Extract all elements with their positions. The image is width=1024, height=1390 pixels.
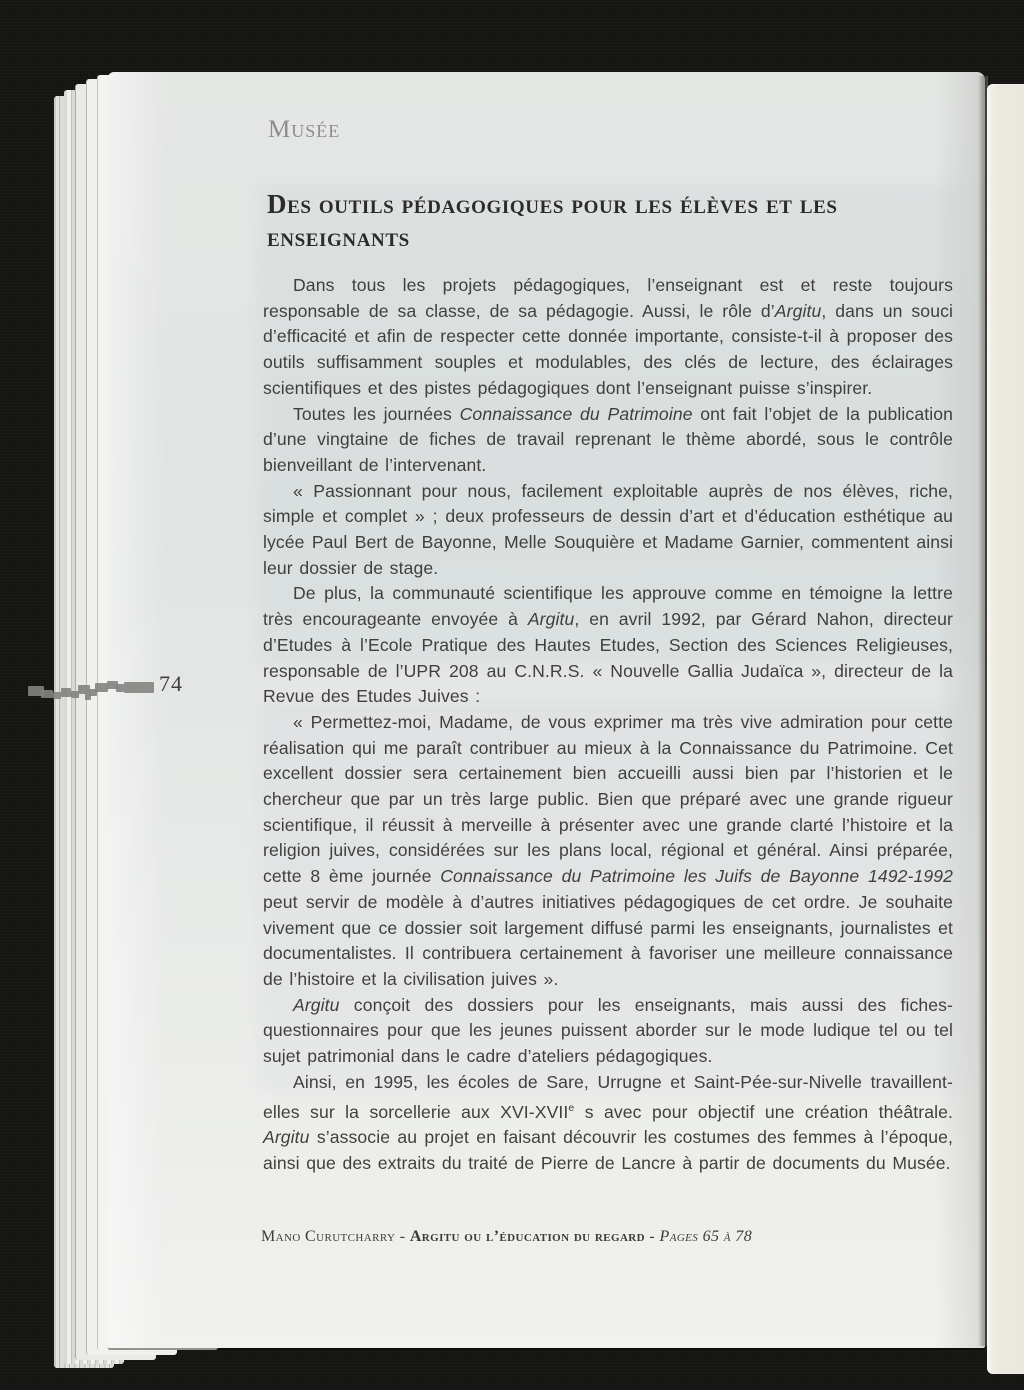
text-run: Argitu: [775, 301, 822, 321]
text-run: Pages 65 à 78: [660, 1228, 753, 1245]
text-run: Connaissance du Patrimoine: [460, 404, 693, 424]
facing-page-edge: [987, 84, 1024, 1374]
running-head: Musée: [268, 116, 340, 144]
book-page: Musée Des outils pédagogiques pour les é…: [108, 72, 985, 1348]
text-run: « Permettez-moi, Madame, de vous exprime…: [263, 712, 953, 886]
tab-edge-mark: [85, 694, 91, 700]
tab-edge-mark: [53, 692, 61, 699]
page-number-tab: 74: [28, 670, 188, 704]
paragraph: Ainsi, en 1995, les écoles de Sare, Urru…: [263, 1070, 953, 1177]
text-run: conçoit des dossiers pour les enseignant…: [263, 995, 953, 1066]
paragraph: « Permettez-moi, Madame, de vous exprime…: [263, 710, 953, 993]
text-run: Connaissance du Patrimoine les Juifs de …: [440, 866, 953, 886]
text-run: s avec pour objectif une création théâtr…: [574, 1101, 953, 1121]
page-footer: Mano Curutcharry - Argitu ou l’éducation…: [261, 1228, 961, 1246]
scanned-book-spread: Musée Des outils pédagogiques pour les é…: [0, 0, 1024, 1390]
tab-bar-mark: [124, 682, 154, 693]
text-run: Mano Curutcharry -: [261, 1228, 410, 1245]
text-run: peut servir de modèle à d’autres initiat…: [263, 892, 953, 989]
text-run: Argitu: [528, 609, 575, 629]
paragraph: « Passionnant pour nous, facilement expl…: [263, 479, 953, 582]
paragraph: Toutes les journées Connaissance du Patr…: [263, 402, 953, 479]
text-run: Toutes les journées: [293, 404, 460, 424]
page-number: 74: [159, 671, 183, 697]
text-run: Argitu: [293, 995, 340, 1015]
tab-edge-mark: [61, 688, 71, 697]
paragraph: De plus, la communauté scientifique les …: [263, 581, 953, 710]
text-run: « Passionnant pour nous, facilement expl…: [263, 481, 953, 578]
paragraph: Dans tous les projets pédagogiques, l’en…: [263, 273, 953, 402]
text-run: -: [645, 1228, 660, 1245]
paragraph: Argitu conçoit des dossiers pour les ens…: [263, 993, 953, 1070]
article-body: Dans tous les projets pédagogiques, l’en…: [263, 273, 953, 1176]
text-run: Argitu ou l’éducation du regard: [410, 1228, 645, 1245]
tab-edge-mark: [116, 684, 124, 692]
text-run: Argitu: [263, 1127, 310, 1147]
article-title: Des outils pédagogiques pour les élèves …: [267, 188, 967, 254]
text-run: s’associe au projet en faisant découvrir…: [263, 1127, 953, 1173]
tab-edge-mark: [41, 690, 53, 698]
